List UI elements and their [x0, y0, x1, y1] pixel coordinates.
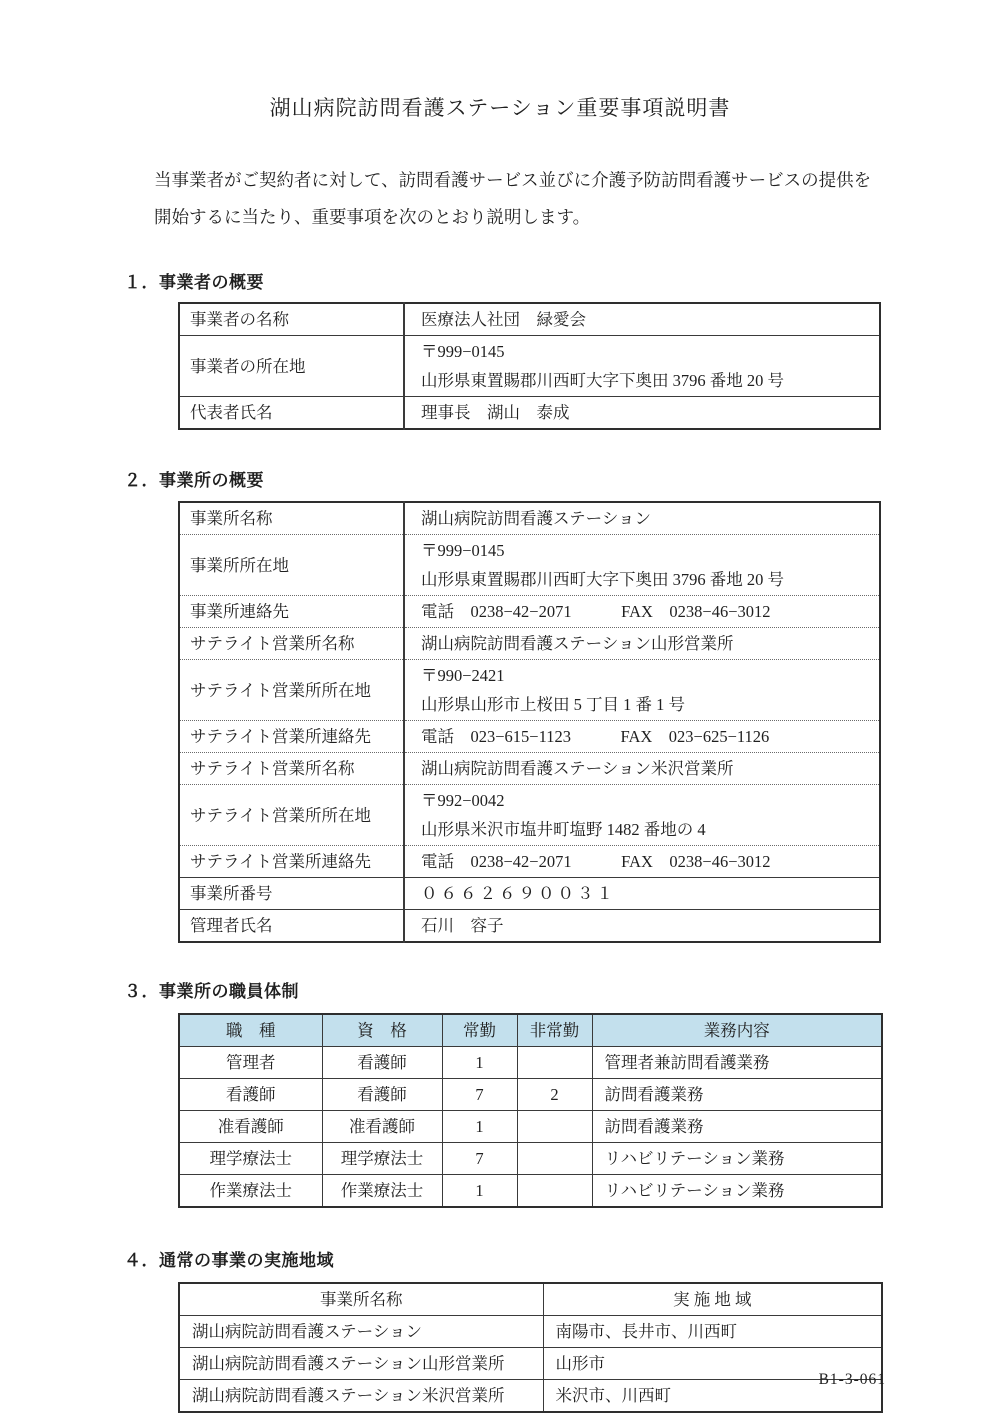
column-header: 事業所名称 — [179, 1283, 543, 1316]
table-row: 事業所連絡先 電話 0238−42−2071 FAX 0238−46−3012 — [179, 596, 880, 628]
section-heading-2: ２．事業所の概要 — [124, 466, 1000, 491]
table-row: 湖山病院訪問看護ステーション山形営業所 山形市 — [179, 1348, 882, 1380]
intro-line-2: 開始するに当たり、重要事項を次のとおり説明します。 — [154, 199, 882, 236]
value-line: ０６６２６９００３１ — [421, 879, 871, 908]
row-value: 電話 0238−42−2071 FAX 0238−46−3012 — [404, 596, 880, 628]
provider-overview-table: 事業者の名称 医療法人社団 緑愛会 事業者の所在地 〒999−0145 山形県東… — [178, 302, 881, 430]
value-line: 理事長 湖山 泰成 — [421, 398, 871, 427]
table-row: 看護師 看護師 7 2 訪問看護業務 — [179, 1079, 882, 1111]
cell-job: 准看護師 — [179, 1111, 322, 1143]
value-line: 電話 023−615−1123 FAX 023−625−1126 — [421, 722, 871, 751]
cell-job: 管理者 — [179, 1047, 322, 1079]
row-label: 事業所名称 — [179, 502, 404, 535]
cell-area: 南陽市、長井市、川西町 — [543, 1316, 882, 1348]
cell-duty: 管理者兼訪問看護業務 — [592, 1047, 882, 1079]
column-header: 職 種 — [179, 1014, 322, 1047]
cell-office-name: 湖山病院訪問看護ステーション山形営業所 — [179, 1348, 543, 1380]
value-line: 〒999−0145 — [421, 536, 871, 565]
section-office-overview: ２．事業所の概要 事業所名称 湖山病院訪問看護ステーション 事業所所在地 〒99… — [0, 466, 1000, 943]
intro-paragraph: 当事業者がご契約者に対して、訪問看護サービス並びに介護予防訪問看護サービスの提供… — [154, 162, 882, 236]
table-row: 管理者氏名 石川 容子 — [179, 910, 880, 943]
row-value: 湖山病院訪問看護ステーション山形営業所 — [404, 628, 880, 660]
column-header: 常勤 — [442, 1014, 517, 1047]
cell-duty: 訪問看護業務 — [592, 1079, 882, 1111]
office-overview-table: 事業所名称 湖山病院訪問看護ステーション 事業所所在地 〒999−0145 山形… — [178, 501, 881, 943]
section-heading-4: ４．通常の事業の実施地域 — [124, 1246, 1000, 1271]
cell-office-name: 湖山病院訪問看護ステーション米沢営業所 — [179, 1380, 543, 1413]
value-line: 湖山病院訪問看護ステーション米沢営業所 — [421, 754, 871, 783]
table-row: 事業所所在地 〒999−0145 山形県東置賜郡川西町大字下奥田 3796 番地… — [179, 535, 880, 596]
value-line: 〒990−2421 — [421, 661, 871, 690]
row-label: 代表者氏名 — [179, 397, 404, 430]
row-value: 〒999−0145 山形県東置賜郡川西町大字下奥田 3796 番地 20 号 — [404, 336, 880, 397]
row-label: サテライト営業所連絡先 — [179, 721, 404, 753]
table-header-row: 事業所名称 実 施 地 域 — [179, 1283, 882, 1316]
cell-qualification: 看護師 — [322, 1079, 442, 1111]
value-line: 湖山病院訪問看護ステーション — [421, 504, 871, 533]
cell-fulltime: 7 — [442, 1143, 517, 1175]
table-row: 事業所名称 湖山病院訪問看護ステーション — [179, 502, 880, 535]
table-row: サテライト営業所所在地 〒990−2421 山形県山形市上桜田 5 丁目 1 番… — [179, 660, 880, 721]
cell-fulltime: 1 — [442, 1047, 517, 1079]
value-line: 山形県東置賜郡川西町大字下奥田 3796 番地 20 号 — [421, 565, 871, 594]
cell-fulltime: 7 — [442, 1079, 517, 1111]
row-value: 電話 0238−42−2071 FAX 0238−46−3012 — [404, 846, 880, 878]
row-value: 医療法人社団 緑愛会 — [404, 303, 880, 336]
document-page: 湖山病院訪問看護ステーション重要事項説明書 当事業者がご契約者に対して、訪問看護… — [0, 0, 1000, 1415]
table-row: 代表者氏名 理事長 湖山 泰成 — [179, 397, 880, 430]
intro-line-1: 当事業者がご契約者に対して、訪問看護サービス並びに介護予防訪問看護サービスの提供… — [154, 162, 882, 199]
document-title: 湖山病院訪問看護ステーション重要事項説明書 — [0, 92, 1000, 122]
value-line: 電話 0238−42−2071 FAX 0238−46−3012 — [421, 847, 871, 876]
row-label: 管理者氏名 — [179, 910, 404, 943]
row-value: 〒999−0145 山形県東置賜郡川西町大字下奥田 3796 番地 20 号 — [404, 535, 880, 596]
section-staffing: ３．事業所の職員体制 職 種 資 格 常勤 非常勤 業務内容 管理者 看護師 1… — [0, 977, 1000, 1208]
cell-office-name: 湖山病院訪問看護ステーション — [179, 1316, 543, 1348]
row-value: 理事長 湖山 泰成 — [404, 397, 880, 430]
value-line: 〒999−0145 — [421, 337, 871, 366]
cell-parttime — [517, 1047, 592, 1079]
row-value: 電話 023−615−1123 FAX 023−625−1126 — [404, 721, 880, 753]
section-heading-3: ３．事業所の職員体制 — [124, 977, 1000, 1002]
table-row: 湖山病院訪問看護ステーション 南陽市、長井市、川西町 — [179, 1316, 882, 1348]
table-row: 湖山病院訪問看護ステーション米沢営業所 米沢市、川西町 — [179, 1380, 882, 1413]
value-line: 石川 容子 — [421, 911, 871, 940]
section-heading-1: １．事業者の概要 — [124, 268, 1000, 293]
cell-fulltime: 1 — [442, 1175, 517, 1208]
row-value: ０６６２６９００３１ — [404, 878, 880, 910]
cell-qualification: 准看護師 — [322, 1111, 442, 1143]
cell-parttime — [517, 1175, 592, 1208]
cell-parttime — [517, 1143, 592, 1175]
cell-duty: リハビリテーション業務 — [592, 1175, 882, 1208]
table-row: サテライト営業所連絡先 電話 0238−42−2071 FAX 0238−46−… — [179, 846, 880, 878]
value-line: 山形県東置賜郡川西町大字下奥田 3796 番地 20 号 — [421, 366, 871, 395]
staffing-table: 職 種 資 格 常勤 非常勤 業務内容 管理者 看護師 1 管理者兼訪問看護業務… — [178, 1013, 883, 1208]
table-row: サテライト営業所所在地 〒992−0042 山形県米沢市塩井町塩野 1482 番… — [179, 785, 880, 846]
row-value: 湖山病院訪問看護ステーション米沢営業所 — [404, 753, 880, 785]
cell-qualification: 看護師 — [322, 1047, 442, 1079]
cell-job: 理学療法士 — [179, 1143, 322, 1175]
table-header-row: 職 種 資 格 常勤 非常勤 業務内容 — [179, 1014, 882, 1047]
row-label: サテライト営業所所在地 — [179, 660, 404, 721]
value-line: 山形県米沢市塩井町塩野 1482 番地の 4 — [421, 815, 871, 844]
table-row: サテライト営業所名称 湖山病院訪問看護ステーション山形営業所 — [179, 628, 880, 660]
row-label: サテライト営業所連絡先 — [179, 846, 404, 878]
value-line: 湖山病院訪問看護ステーション山形営業所 — [421, 629, 871, 658]
row-label: サテライト営業所名称 — [179, 628, 404, 660]
value-line: 〒992−0042 — [421, 786, 871, 815]
cell-job: 作業療法士 — [179, 1175, 322, 1208]
table-row: 准看護師 准看護師 1 訪問看護業務 — [179, 1111, 882, 1143]
row-label: 事業者の所在地 — [179, 336, 404, 397]
row-label: サテライト営業所名称 — [179, 753, 404, 785]
row-value: 石川 容子 — [404, 910, 880, 943]
cell-duty: リハビリテーション業務 — [592, 1143, 882, 1175]
value-line: 山形県山形市上桜田 5 丁目 1 番 1 号 — [421, 690, 871, 719]
row-value: 湖山病院訪問看護ステーション — [404, 502, 880, 535]
table-row: 管理者 看護師 1 管理者兼訪問看護業務 — [179, 1047, 882, 1079]
table-row: 事業所番号 ０６６２６９００３１ — [179, 878, 880, 910]
row-value: 〒990−2421 山形県山形市上桜田 5 丁目 1 番 1 号 — [404, 660, 880, 721]
cell-parttime — [517, 1111, 592, 1143]
cell-parttime: 2 — [517, 1079, 592, 1111]
table-row: 理学療法士 理学療法士 7 リハビリテーション業務 — [179, 1143, 882, 1175]
row-label: 事業者の名称 — [179, 303, 404, 336]
row-label: 事業所番号 — [179, 878, 404, 910]
column-header: 資 格 — [322, 1014, 442, 1047]
cell-qualification: 理学療法士 — [322, 1143, 442, 1175]
row-value: 〒992−0042 山形県米沢市塩井町塩野 1482 番地の 4 — [404, 785, 880, 846]
cell-fulltime: 1 — [442, 1111, 517, 1143]
table-row: 作業療法士 作業療法士 1 リハビリテーション業務 — [179, 1175, 882, 1208]
column-header: 非常勤 — [517, 1014, 592, 1047]
table-row: 事業者の名称 医療法人社団 緑愛会 — [179, 303, 880, 336]
section-provider-overview: １．事業者の概要 事業者の名称 医療法人社団 緑愛会 事業者の所在地 〒999−… — [0, 268, 1000, 430]
cell-qualification: 作業療法士 — [322, 1175, 442, 1208]
column-header: 業務内容 — [592, 1014, 882, 1047]
table-row: サテライト営業所名称 湖山病院訪問看護ステーション米沢営業所 — [179, 753, 880, 785]
page-code: B1-3-061 — [819, 1371, 886, 1389]
table-row: 事業者の所在地 〒999−0145 山形県東置賜郡川西町大字下奥田 3796 番… — [179, 336, 880, 397]
value-line: 電話 0238−42−2071 FAX 0238−46−3012 — [421, 597, 871, 626]
table-row: サテライト営業所連絡先 電話 023−615−1123 FAX 023−625−… — [179, 721, 880, 753]
column-header: 実 施 地 域 — [543, 1283, 882, 1316]
row-label: 事業所所在地 — [179, 535, 404, 596]
row-label: 事業所連絡先 — [179, 596, 404, 628]
cell-job: 看護師 — [179, 1079, 322, 1111]
row-label: サテライト営業所所在地 — [179, 785, 404, 846]
cell-duty: 訪問看護業務 — [592, 1111, 882, 1143]
service-area-table: 事業所名称 実 施 地 域 湖山病院訪問看護ステーション 南陽市、長井市、川西町… — [178, 1282, 883, 1413]
value-line: 医療法人社団 緑愛会 — [421, 305, 871, 334]
